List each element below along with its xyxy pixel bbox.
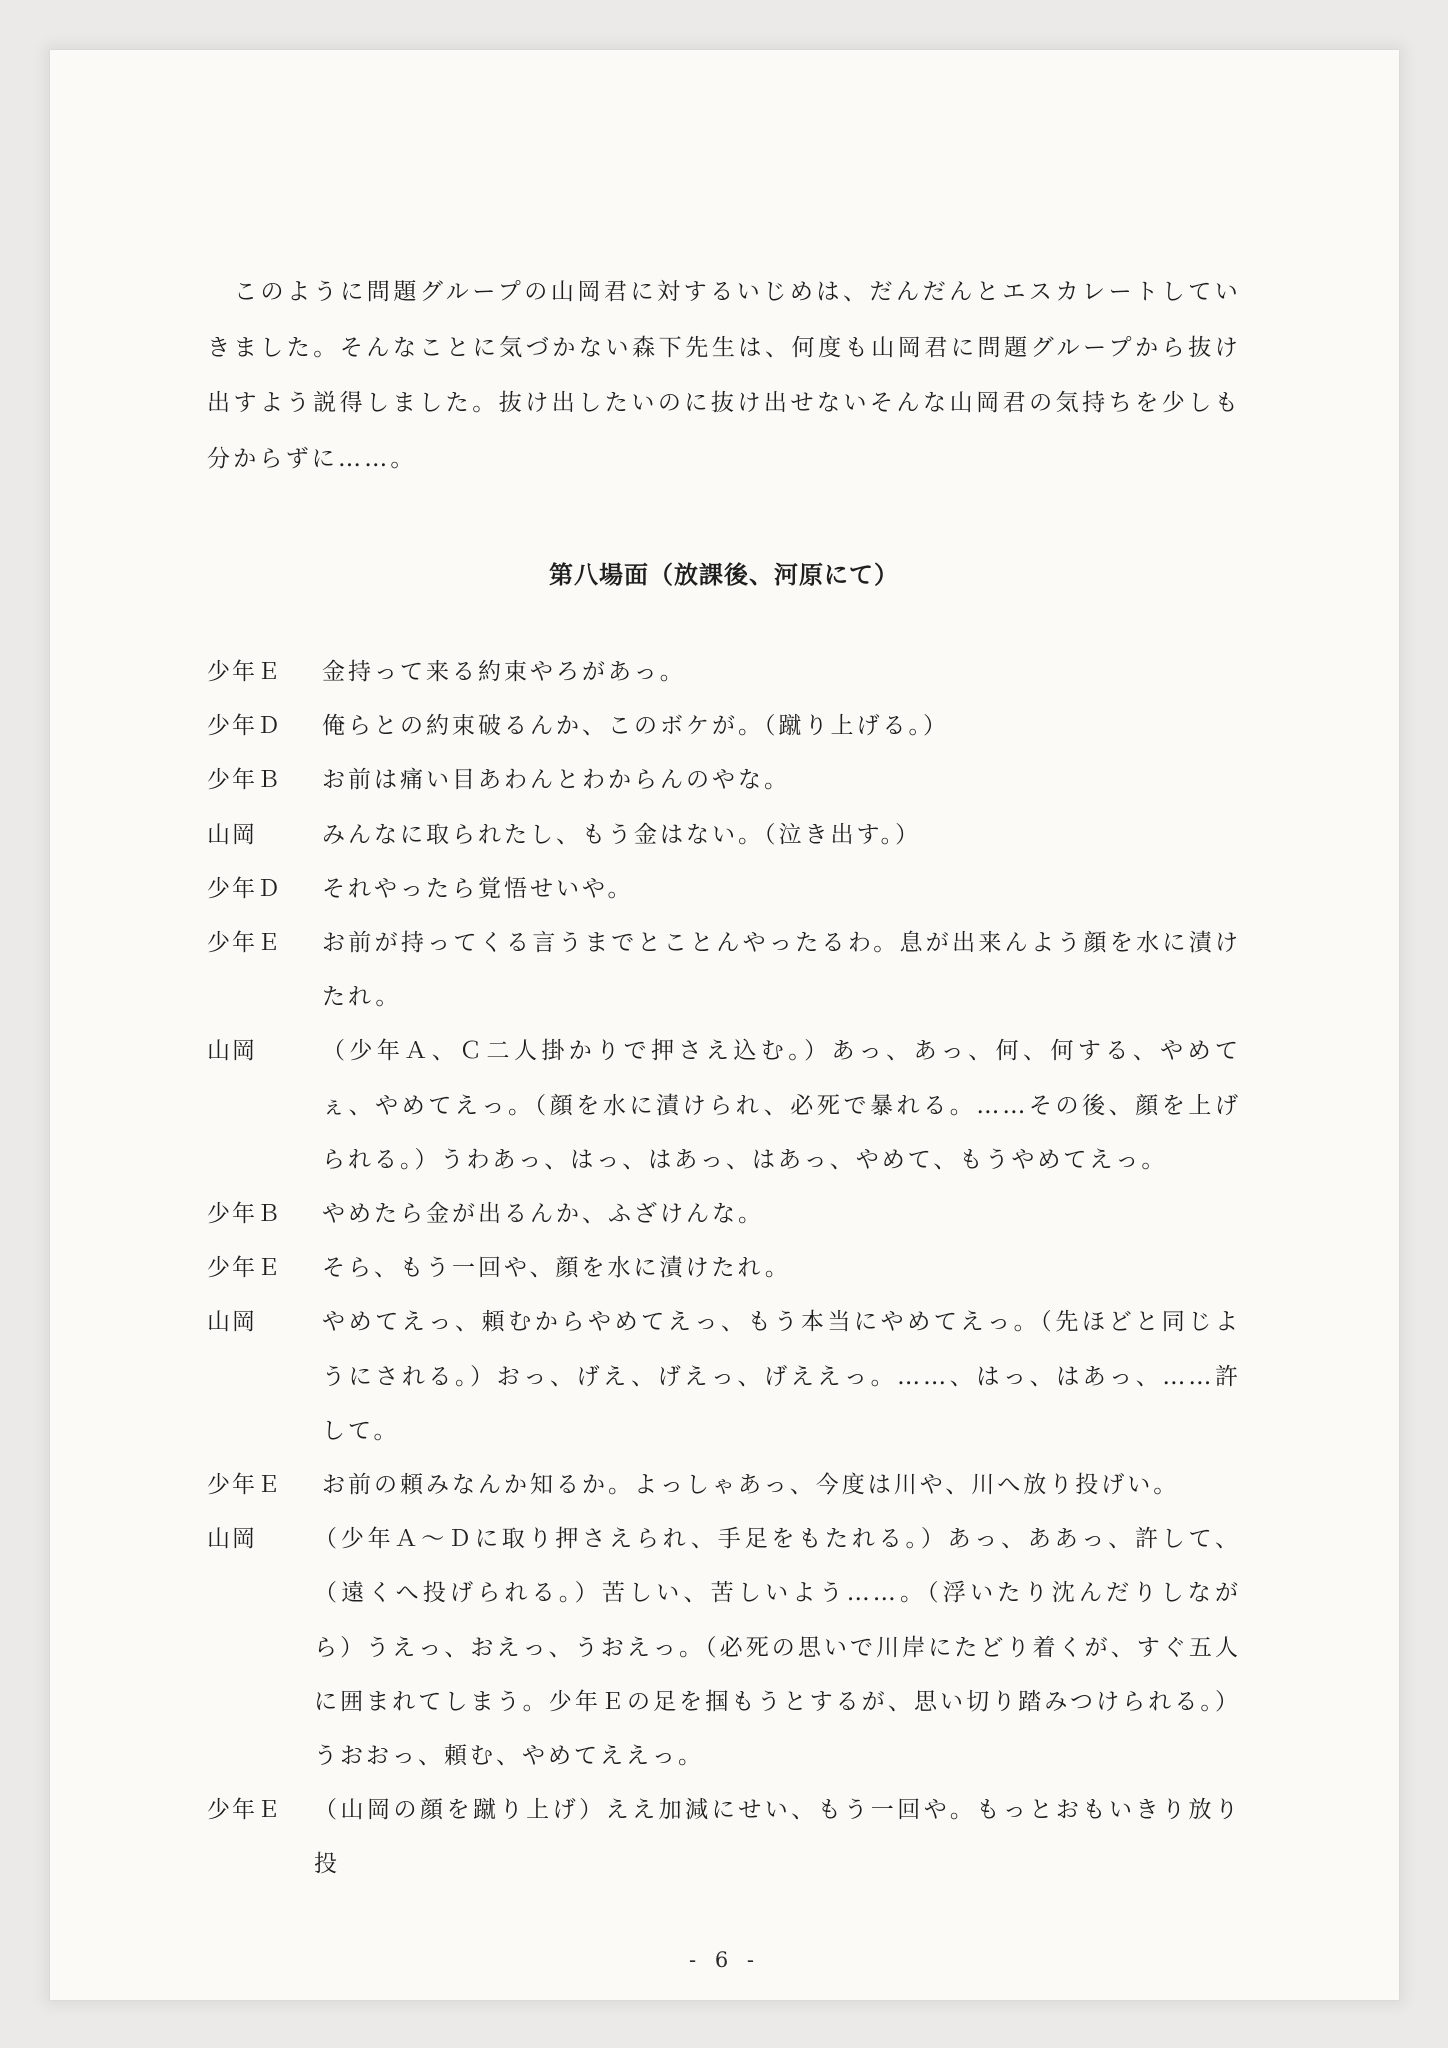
dialogue-line: 山岡 みんなに取られたし、もう金はない。（泣き出す。） (207, 808, 1241, 862)
speech-text: そら、もう一回や、顔を水に漬けたれ。 (322, 1241, 1241, 1295)
speech-text: やめたら金が出るんか、ふざけんな。 (322, 1187, 1241, 1241)
speaker-name: 少年Ｅ (207, 1458, 322, 1512)
speech-text: やめてえっ、頼むからやめてえっ、もう本当にやめてえっ。（先ほどと同じようにされる… (322, 1295, 1241, 1458)
speaker-name: 少年Ｅ (207, 916, 322, 1024)
dialogue-line: 少年Ｄ 俺らとの約束破るんか、このボケが。（蹴り上げる。） (207, 699, 1241, 753)
speech-text: 金持って来る約束やろがあっ。 (322, 645, 1241, 699)
speaker-name: 少年Ｂ (207, 753, 322, 807)
intro-paragraph: このように問題グループの山岡君に対するいじめは、だんだんとエスカレートしていきま… (207, 265, 1241, 487)
speech-text: （山岡の顔を蹴り上げ）ええ加減にせい、もう一回や。もっとおもいきり放り投 (314, 1783, 1241, 1891)
dialogue-line: 少年Ｅ お前が持ってくる言うまでとことんやったるわ。息が出来んよう顔を水に漬けた… (207, 916, 1241, 1024)
speaker-name: 少年Ｅ (207, 645, 322, 699)
dialogue-line: 少年Ｂ お前は痛い目あわんとわからんのやな。 (207, 753, 1241, 807)
speaker-name: 少年Ｄ (207, 862, 322, 916)
scene-title: 第八場面（放課後、河原にて） (207, 555, 1241, 595)
speech-text: お前の頼みなんか知るか。よっしゃあっ、今度は川や、川へ放り投げい。 (322, 1458, 1241, 1512)
dialogue-line: 山岡 （少年Ａ、Ｃ二人掛かりで押さえ込む。）あっ、あっ、何、何する、やめてぇ、や… (207, 1024, 1241, 1187)
speaker-name: 少年Ｅ (207, 1241, 322, 1295)
speaker-name: 山岡 (207, 1024, 322, 1187)
speaker-name: 少年Ｄ (207, 699, 322, 753)
speech-text: お前が持ってくる言うまでとことんやったるわ。息が出来んよう顔を水に漬けたれ。 (322, 916, 1241, 1024)
page-content: このように問題グループの山岡君に対するいじめは、だんだんとエスカレートしていきま… (207, 265, 1241, 1892)
page-number: - 6 - (50, 1948, 1399, 1972)
speech-text: 俺らとの約束破るんか、このボケが。（蹴り上げる。） (322, 699, 1241, 753)
speaker-name: 少年Ｂ (207, 1187, 322, 1241)
speech-text: それやったら覚悟せいや。 (322, 862, 1241, 916)
dialogue-line: 少年Ｂ やめたら金が出るんか、ふざけんな。 (207, 1187, 1241, 1241)
dialogue-line: 山岡 （少年Ａ～Ｄに取り押さえられ、手足をもたれる。）あっ、ああっ、許して、（遠… (207, 1512, 1241, 1783)
speaker-name: 山岡 (207, 808, 322, 862)
speech-text: （少年Ａ～Ｄに取り押さえられ、手足をもたれる。）あっ、ああっ、許して、（遠くへ投… (314, 1512, 1241, 1783)
dialogue-line: 少年Ｅ お前の頼みなんか知るか。よっしゃあっ、今度は川や、川へ放り投げい。 (207, 1458, 1241, 1512)
document-page: このように問題グループの山岡君に対するいじめは、だんだんとエスカレートしていきま… (50, 50, 1399, 2000)
dialogue-line: 少年Ｅ （山岡の顔を蹴り上げ）ええ加減にせい、もう一回や。もっとおもいきり放り投 (207, 1783, 1241, 1891)
dialogue-line: 山岡 やめてえっ、頼むからやめてえっ、もう本当にやめてえっ。（先ほどと同じように… (207, 1295, 1241, 1458)
speaker-name: 山岡 (207, 1512, 322, 1783)
dialogue-line: 少年Ｄ それやったら覚悟せいや。 (207, 862, 1241, 916)
speech-text: お前は痛い目あわんとわからんのやな。 (322, 753, 1241, 807)
speech-text: みんなに取られたし、もう金はない。（泣き出す。） (322, 808, 1241, 862)
dialogue-script: 少年Ｅ 金持って来る約束やろがあっ。 少年Ｄ 俺らとの約束破るんか、このボケが。… (207, 645, 1241, 1892)
speaker-name: 山岡 (207, 1295, 322, 1458)
dialogue-line: 少年Ｅ 金持って来る約束やろがあっ。 (207, 645, 1241, 699)
speaker-name: 少年Ｅ (207, 1783, 322, 1891)
speech-text: （少年Ａ、Ｃ二人掛かりで押さえ込む。）あっ、あっ、何、何する、やめてぇ、やめてえ… (322, 1024, 1241, 1187)
dialogue-line: 少年Ｅ そら、もう一回や、顔を水に漬けたれ。 (207, 1241, 1241, 1295)
